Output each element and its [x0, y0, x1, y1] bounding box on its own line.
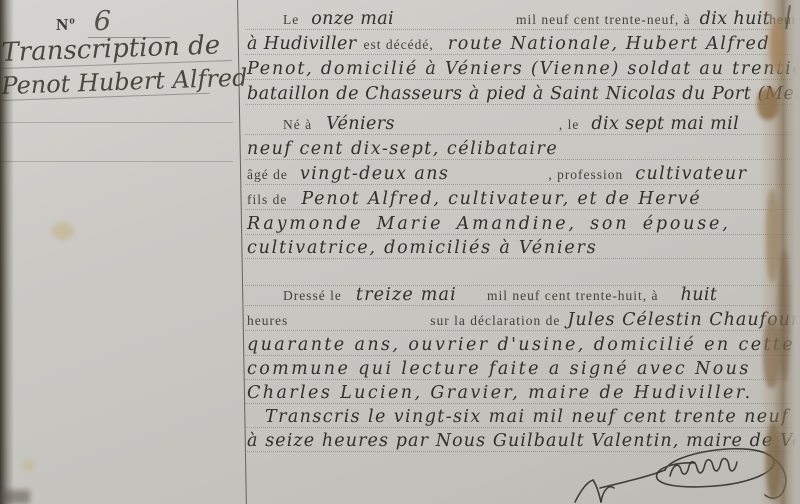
- handwritten-entry: onze mai: [311, 9, 394, 29]
- printed-text: est décédé,: [364, 37, 434, 52]
- mother-line: Raymonde Marie Amandine, son épouse,: [245, 211, 800, 236]
- handwritten-entry: vingt-deux ans: [300, 164, 449, 184]
- margin-column: Nº 6 Transcription de Penot Hubert Alfre…: [0, 0, 233, 504]
- corner-smudge: [0, 490, 30, 504]
- handwritten-entry: route Nationale, Hubert Alfred: [448, 34, 771, 54]
- printed-text: Né à: [283, 117, 312, 132]
- page-gutter-shadow: [0, 0, 14, 504]
- printed-text: âgé de: [247, 167, 288, 182]
- handwritten-entry: cultivatrice, domiciliés à Véniers: [247, 238, 597, 258]
- printed-text: mil neuf cent trente-huit, à: [487, 288, 659, 303]
- handwritten-entry: Penot, domicilié à Véniers (Vienne) sold…: [247, 59, 800, 79]
- parents-domicile-line: cultivatrice, domiciliés à Véniers: [245, 235, 800, 260]
- paper-stain: [22, 460, 35, 471]
- printed-text: Dressé le: [283, 288, 342, 303]
- edge-stain: [757, 88, 779, 120]
- handwritten-entry: treize mai: [356, 285, 457, 305]
- handwritten-entry: Charles Lucien, Gravier, maire de Hudivi…: [247, 383, 753, 403]
- age-profession-line: âgé de vingt-deux ans , profession culti…: [245, 161, 800, 186]
- printed-text: mil neuf cent trente-neuf, à: [516, 12, 691, 27]
- battalion-line: bataillon de Chasseurs à pied à Saint Ni…: [245, 81, 800, 106]
- death-place-line: à Hudiviller est décédé, route Nationale…: [245, 31, 800, 56]
- deceased-details-line: Penot, domicilié à Véniers (Vienne) sold…: [245, 56, 800, 81]
- printed-text: , profession: [548, 167, 623, 182]
- edge-stain: [770, 20, 785, 72]
- margin-title-line2: Penot Hubert Alfred: [1, 65, 210, 101]
- handwritten-entry: à Hudiviller: [247, 34, 357, 54]
- record-number-label: Nº: [56, 15, 76, 34]
- birth-line: Né à Véniers , le dix sept mai mil: [245, 111, 800, 136]
- dresse-line: Dressé le treize mai mil neuf cent trent…: [245, 282, 800, 307]
- handwritten-entry: Transcris le vingt-six mai mil neuf cent…: [265, 407, 789, 427]
- record-number: Nº 6: [56, 6, 111, 37]
- father-line: fils de Penot Alfred, cultivateur, et de…: [245, 186, 800, 211]
- handwritten-entry: Raymonde Marie Amandine, son épouse,: [247, 214, 731, 234]
- birth-continued-line: neuf cent dix-sept, célibataire: [245, 136, 800, 161]
- handwritten-entry: neuf cent dix-sept, célibataire: [247, 139, 558, 159]
- printed-text: , le: [559, 117, 580, 132]
- body-column: Le onze mai mil neuf cent trente-neuf, à…: [245, 0, 800, 504]
- handwritten-entry: cultivateur: [635, 164, 747, 184]
- handwritten-entry: bataillon de Chasseurs à pied à Saint Ni…: [247, 84, 800, 104]
- transcription-line: Transcris le vingt-six mai mil neuf cent…: [245, 404, 800, 429]
- handwritten-entry: Penot Alfred, cultivateur, et de Hervé: [301, 189, 701, 209]
- margin-rule-line: [0, 122, 233, 123]
- document-page: Nº 6 Transcription de Penot Hubert Alfre…: [0, 0, 800, 504]
- printed-text: Le: [283, 12, 299, 27]
- printed-text: sur la déclaration de: [430, 313, 560, 328]
- mayor-line: Charles Lucien, Gravier, maire de Hudivi…: [245, 380, 800, 405]
- paper-stain: [52, 222, 74, 240]
- handwritten-entry: quarante ans, ouvrier d'usine, domicilié…: [247, 335, 795, 355]
- edge-stain: [766, 190, 779, 282]
- handwritten-entry: dix sept mai mil: [591, 114, 739, 134]
- pen-stroke: [573, 478, 617, 504]
- lecture-line: commune qui lecture faite a signé avec N…: [245, 356, 800, 381]
- margin-title-line1: Transcription de: [1, 30, 232, 69]
- declaration-line: heures sur la déclaration de Jules Céles…: [245, 307, 800, 332]
- edge-stain: [766, 422, 781, 500]
- margin-rule-line: [0, 161, 233, 162]
- death-date-line: Le onze mai mil neuf cent trente-neuf, à…: [245, 6, 800, 31]
- handwritten-entry: huit: [681, 285, 718, 305]
- declarant-line: quarante ans, ouvrier d'usine, domicilié…: [245, 332, 800, 357]
- edge-stain: [779, 250, 790, 380]
- handwritten-entry: Véniers: [326, 114, 395, 134]
- printed-text: fils de: [247, 192, 287, 207]
- edge-stain: [763, 318, 780, 388]
- handwritten-entry: commune qui lecture faite a signé avec N…: [247, 359, 751, 379]
- record-number-value: 6: [94, 6, 111, 37]
- printed-text: heures: [247, 313, 288, 328]
